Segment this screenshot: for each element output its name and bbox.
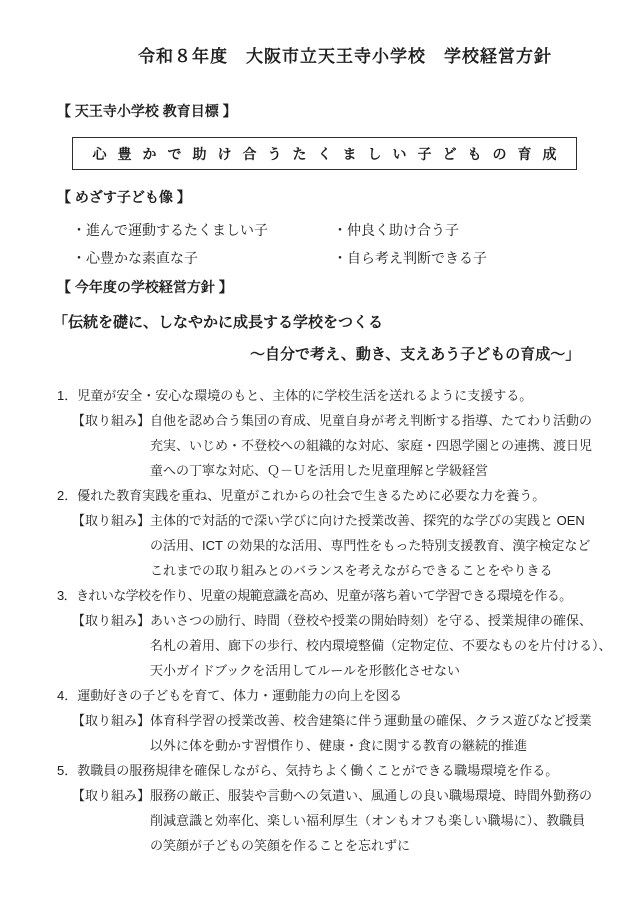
- policy-item-initiatives-line: 天小ガイドブックを活用してルールを形骸化させない: [57, 658, 608, 683]
- policy-item-initiatives-line: 【取り組み】主体的で対話的で深い学びに向けた授業改善、探究的な学びの実践と OE…: [57, 508, 608, 533]
- bullet-item: ・進んで運動するたくましい子: [72, 222, 333, 238]
- policy-item-initiatives-line: 【取り組み】あいさつの励行、時間（登校や授業の開始時刻）を守る、授業規律の確保、: [57, 608, 608, 633]
- policy-item-initiatives-line: 充実、いじめ・不登校への組織的な対応、家庭・四恩学園との連携、渡日児: [57, 433, 608, 458]
- policy-slogan-line1: 「伝統を礎に、しなやかに成長する学校をつくる: [53, 312, 608, 334]
- policy-item-initiatives-line: 名札の着用、廊下の歩行、校内環境整備（定物定位、不要なものを片付ける）、: [57, 633, 608, 658]
- education-goal-text: 心豊かで助け合うたくましい子どもの育成: [93, 144, 568, 164]
- policy-items: 1．児童が安全・安心な環境のもと、主体的に学校生活を送れるように支援する。 【取…: [57, 383, 608, 858]
- policy-item-initiatives-line: の笑顔が子どもの笑顔を作ることを忘れずに: [57, 833, 608, 858]
- policy-item-initiatives-line: 以外に体を動かす習慣作り、健康・食に関する教育の継続的推進: [57, 733, 608, 758]
- section-heading-education-goal: 【 天王寺小学校 教育目標 】: [57, 102, 608, 120]
- bullet-item: ・仲良く助け合う子: [333, 222, 459, 238]
- bullet-row: ・心豊かな素直な子 ・自ら考え判断できる子: [72, 250, 608, 266]
- policy-item-1: 1．児童が安全・安心な環境のもと、主体的に学校生活を送れるように支援する。 【取…: [57, 383, 608, 483]
- document-page: 令和８年度 大阪市立天王寺小学校 学校経営方針 【 天王寺小学校 教育目標 】 …: [0, 0, 640, 905]
- policy-item-main: 2．優れた教育実践を重ね、児童がこれからの社会で生きるために必要な力を養う。: [57, 483, 608, 508]
- policy-item-initiatives-line: の活用、ICT の効果的な活用、専門性をもった特別支援教育、漢字検定など: [57, 533, 608, 558]
- policy-item-initiatives-line: 【取り組み】自他を認め合う集団の育成、児童自身が考え判断する指導、たてわり活動の: [57, 408, 608, 433]
- policy-item-5: 5．教職員の服務規律を確保しながら、気持ちよく働くことができる職場環境を作る。 …: [57, 758, 608, 858]
- policy-item-main: 3．きれいな学校を作り、児童の規範意識を高め、児童が落ち着いて学習できる環境を作…: [57, 583, 608, 608]
- policy-item-main: 5．教職員の服務規律を確保しながら、気持ちよく働くことができる職場環境を作る。: [57, 758, 608, 783]
- policy-item-initiatives-line: 【取り組み】体育科学習の授業改善、校舎建築に伴う運動量の確保、クラス遊びなど授業: [57, 708, 608, 733]
- policy-item-initiatives-line: 削減意識と効率化、楽しい福利厚生（オンもオフも楽しい職場に）、教職員: [57, 808, 608, 833]
- policy-item-initiatives-line: 【取り組み】服務の厳正、服装や言動への気遣い、風通しの良い職場環境、時間外勤務の: [57, 783, 608, 808]
- bullet-row: ・進んで運動するたくましい子 ・仲良く助け合う子: [72, 222, 608, 238]
- ideal-children-list: ・進んで運動するたくましい子 ・仲良く助け合う子 ・心豊かな素直な子 ・自ら考え…: [57, 222, 608, 266]
- document-title: 令和８年度 大阪市立天王寺小学校 学校経営方針: [57, 46, 633, 68]
- policy-slogan-line2: ～自分で考え、動き、支えあう子どもの育成～」: [57, 344, 608, 366]
- policy-item-2: 2．優れた教育実践を重ね、児童がこれからの社会で生きるために必要な力を養う。 【…: [57, 483, 608, 583]
- policy-item-4: 4．運動好きの子どもを育て、体力・運動能力の向上を図る 【取り組み】体育科学習の…: [57, 683, 608, 758]
- section-heading-ideal-children: 【 めざす子ども像 】: [57, 188, 608, 206]
- section-heading-policy: 【 今年度の学校経営方針 】: [57, 278, 608, 296]
- policy-item-main: 1．児童が安全・安心な環境のもと、主体的に学校生活を送れるように支援する。: [57, 383, 608, 408]
- bullet-item: ・心豊かな素直な子: [72, 250, 333, 266]
- policy-item-initiatives-line: 童への丁寧な対応、Ｑ－Ｕを活用した児童理解と学級経営: [57, 458, 608, 483]
- policy-item-3: 3．きれいな学校を作り、児童の規範意識を高め、児童が落ち着いて学習できる環境を作…: [57, 583, 608, 683]
- policy-item-main: 4．運動好きの子どもを育て、体力・運動能力の向上を図る: [57, 683, 608, 708]
- education-goal-box: 心豊かで助け合うたくましい子どもの育成: [72, 137, 577, 170]
- bullet-item: ・自ら考え判断できる子: [333, 250, 487, 266]
- policy-item-initiatives-line: これまでの取り組みとのバランスを考えながらできることをやりきる: [57, 558, 608, 583]
